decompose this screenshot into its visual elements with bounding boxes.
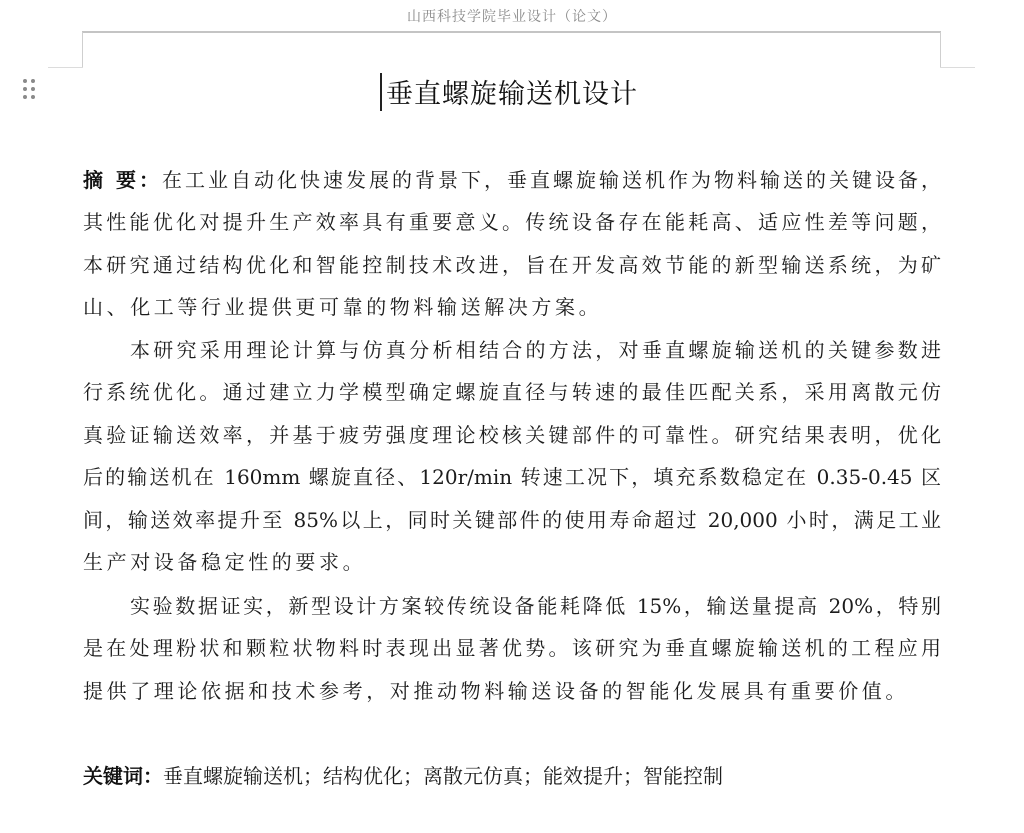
keywords-label: 关键词：	[83, 764, 163, 788]
text-line: 行系统优化。通过建立力学模型确定螺旋直径与转速的最佳匹配关系，采用离散元仿	[83, 377, 941, 407]
text-line: 后的输送机在 160mm 螺旋直径、120r/min 转速工况下，填充系数稳定在…	[83, 462, 941, 492]
header-border-top	[82, 31, 941, 33]
margin-corner-right	[940, 67, 975, 68]
abstract-label: 摘 要：	[83, 168, 162, 192]
keywords-text: 垂直螺旋输送机；结构优化；离散元仿真；能效提升；智能控制	[163, 764, 723, 788]
text-line: 山、化工等行业提供更可靠的物料输送解决方案。	[83, 292, 941, 322]
text-line: 真验证输送效率，并基于疲劳强度理论校核关键部件的可靠性。研究结果表明，优化	[83, 420, 941, 450]
text-line: 是在处理粉状和颗粒状物料时表现出显著优势。该研究为垂直螺旋输送机的工程应用	[83, 633, 941, 663]
text-cursor	[380, 73, 382, 111]
text-line: 间，输送效率提升至 85%以上，同时关键部件的使用寿命超过 20,000 小时，…	[83, 505, 941, 535]
document-title[interactable]: 垂直螺旋输送机设计	[0, 72, 1024, 111]
header-border-left	[82, 32, 83, 68]
text-line: 提供了理论依据和技术参考，对推动物料输送设备的智能化发展具有重要价值。	[83, 676, 941, 706]
header-border-right	[940, 32, 941, 68]
text-line: 实验数据证实，新型设计方案较传统设备能耗降低 15%，输送量提高 20%，特别	[130, 591, 941, 621]
text-line: 本研究采用理论计算与仿真分析相结合的方法，对垂直螺旋输送机的关键参数进	[130, 335, 941, 365]
text-line: 本研究通过结构优化和智能控制技术改进，旨在开发高效节能的新型输送系统，为矿	[83, 250, 941, 280]
keywords-line[interactable]: 关键词：垂直螺旋输送机；结构优化；离散元仿真；能效提升；智能控制	[83, 761, 723, 791]
text-line: 其性能优化对提升生产效率具有重要意义。传统设备存在能耗高、适应性差等问题，	[83, 207, 941, 237]
text-line: 生产对设备稳定性的要求。	[83, 547, 941, 577]
text-line: 摘 要：在工业自动化快速发展的背景下，垂直螺旋输送机作为物料输送的关键设备，	[83, 165, 941, 195]
margin-corner-left	[48, 67, 83, 68]
running-header: 山西科技学院毕业设计（论文）	[0, 6, 1024, 26]
